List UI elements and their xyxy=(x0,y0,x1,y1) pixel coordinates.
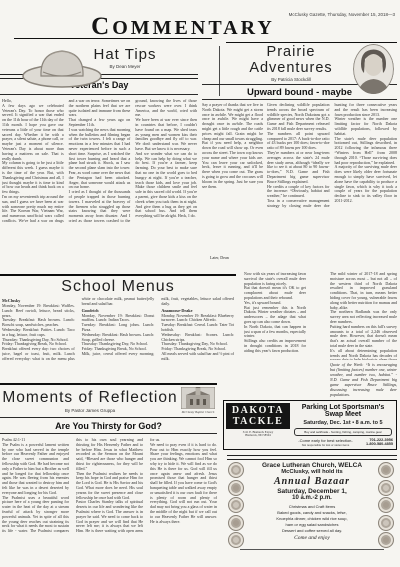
prairie-title-line1: Prairie xyxy=(228,45,354,61)
hat-tips-article-continuation: Say a prayer of thanks that we live in N… xyxy=(202,103,263,263)
moments-top-rule xyxy=(0,383,217,385)
prairie-title-line2: Adventures xyxy=(228,61,354,77)
gingerbread-cookie-icon xyxy=(228,480,244,496)
hat-tips-article-text: Hello, A few days ago we celebrated Vete… xyxy=(2,99,197,269)
moments-headline: Are You Thirsty for God? xyxy=(0,421,217,431)
prairie-headline-rule-bottom xyxy=(202,99,397,100)
dakota-tackle-ad: DAKOTA TACKLE 3111 E. Bismarck Expwy Bis… xyxy=(223,400,397,450)
moments-headline-rule-top xyxy=(0,417,217,418)
gingerbread-cookie-icon xyxy=(378,497,394,513)
gingerbread-cookie-icon xyxy=(228,532,244,548)
gingerbread-cookies-right xyxy=(378,462,396,548)
moments-headline-rule-bottom xyxy=(0,433,217,434)
bazaar-items-list: Christmas and Craft Items Baked goods, c… xyxy=(250,504,374,534)
swap-meet-items: Buy and sell/trade - hunting, fishing, c… xyxy=(294,428,392,436)
logo-line1: DAKOTA xyxy=(226,406,290,417)
gingerbread-cookie-icon xyxy=(378,462,394,478)
bazaar-ad-top-border xyxy=(227,455,397,460)
bazaar-time: 10 a.m.-2 p.m. xyxy=(250,495,374,501)
dakota-address: 3111 E. Bismarck Expwy Bismarck, ND 5850… xyxy=(226,431,290,439)
phone-tollfree: 1-800-580-4855 xyxy=(359,442,393,447)
phone-numbers: 701-222-3956 1-800-580-4855 xyxy=(359,438,394,447)
dakota-ad-content: Parking Lot Sportsman's Swap Meet Saturd… xyxy=(292,404,394,447)
dakota-tackle-logo: DAKOTA TACKLE xyxy=(226,403,290,429)
author-portrait-photo xyxy=(353,44,394,94)
moments-article-text: Psalm 42:1-11 The Psalm is a powerful la… xyxy=(2,438,217,565)
prairie-article-text-col1: Now with six years of increasing fawn su… xyxy=(244,272,306,397)
prairie-col2-text: The mild winter of 2017-18 and spring mo… xyxy=(330,272,397,360)
gingerbread-cookies-left xyxy=(228,462,246,548)
school-menus-title: School Menus xyxy=(0,278,236,296)
swap-meet-headline: Parking Lot Sportsman's Swap Meet xyxy=(292,404,394,419)
prairie-article-text-top: Given declining wildlife population tren… xyxy=(267,103,397,268)
moments-column-title: Moments of Reflection xyxy=(0,389,180,407)
cowboy-hat-icon xyxy=(20,43,104,89)
school-name: Goodrich xyxy=(82,308,155,313)
bazaar-ad-text: Grace Lutheran Church, WELCA McClusky, w… xyxy=(250,462,374,541)
gingerbread-cookie-icon xyxy=(378,532,394,548)
disclaimer-text: Not responsible for lost or stolen items xyxy=(292,443,359,447)
school-menu-anamoose-drake: Anamoose-Drake Monday, November 19: Brea… xyxy=(161,308,234,362)
school-menus-top-rule xyxy=(0,274,236,276)
bazaar-church-name: Grace Lutheran Church, WELCA xyxy=(250,462,374,469)
school-menus-list: McClusky Monday, November 19: Breakfast:… xyxy=(2,297,234,387)
school-menu-text: Monday, November 19: Breakfast: Blueberr… xyxy=(161,314,234,362)
bazaar-ad: Grace Lutheran Church, WELCA McClusky, w… xyxy=(227,455,397,552)
hat-tips-signoff: Later, Dean xyxy=(202,256,263,261)
newspaper-page: McClusky Gazette, Thursday, November 15,… xyxy=(0,0,400,567)
church-photo xyxy=(181,387,215,409)
bazaar-event-title: Annual Bazaar xyxy=(250,476,374,487)
gingerbread-cookie-icon xyxy=(378,480,394,496)
gingerbread-cookie-icon xyxy=(378,515,394,531)
church-photo-caption: McClusky Baptist Church xyxy=(174,410,222,414)
prairie-adventures-column-title: Prairie Adventures xyxy=(228,45,354,77)
logo-line2: TACKLE xyxy=(226,417,290,428)
masthead-rule xyxy=(14,38,212,39)
bazaar-date: Saturday, December 1, xyxy=(250,488,374,495)
prairie-byline: By Patricia Stockdill xyxy=(228,77,354,82)
dakota-tackle-logo-block: DAKOTA TACKLE 3111 E. Bismarck Expwy Bis… xyxy=(226,403,290,438)
come-early-text: -Come early for best selection- xyxy=(292,438,359,443)
bazaar-subline: McClusky, will hold its xyxy=(250,469,374,475)
moments-byline: By Pastor James Gruppa xyxy=(0,408,180,413)
hat-tips-continuation-text: Say a prayer of thanks that we live in N… xyxy=(202,103,263,253)
prairie-article-text-col2: The mild winter of 2017-18 and spring mo… xyxy=(330,272,397,397)
page-title: Commentary xyxy=(0,13,366,41)
gingerbread-cookie-icon xyxy=(228,515,244,531)
come-early-note: -Come early for best selection- Not resp… xyxy=(292,438,359,447)
swap-meet-footer: -Come early for best selection- Not resp… xyxy=(292,438,394,447)
hat-tips-headline-rule xyxy=(0,94,198,95)
quote-of-the-week: Quote of the Week: “It is encouraging bu… xyxy=(330,362,397,397)
swap-meet-date: Saturday, Dec. 1st • 8 a.m. to 5 xyxy=(292,420,394,426)
bazaar-ad-bottom-border xyxy=(240,549,384,550)
prairie-top-rule xyxy=(226,42,397,43)
bazaar-closing: Come and enjoy xyxy=(250,535,374,541)
gingerbread-cookie-icon xyxy=(228,497,244,513)
school-name: Anamoose-Drake xyxy=(161,308,234,313)
gingerbread-cookie-icon xyxy=(228,462,244,478)
